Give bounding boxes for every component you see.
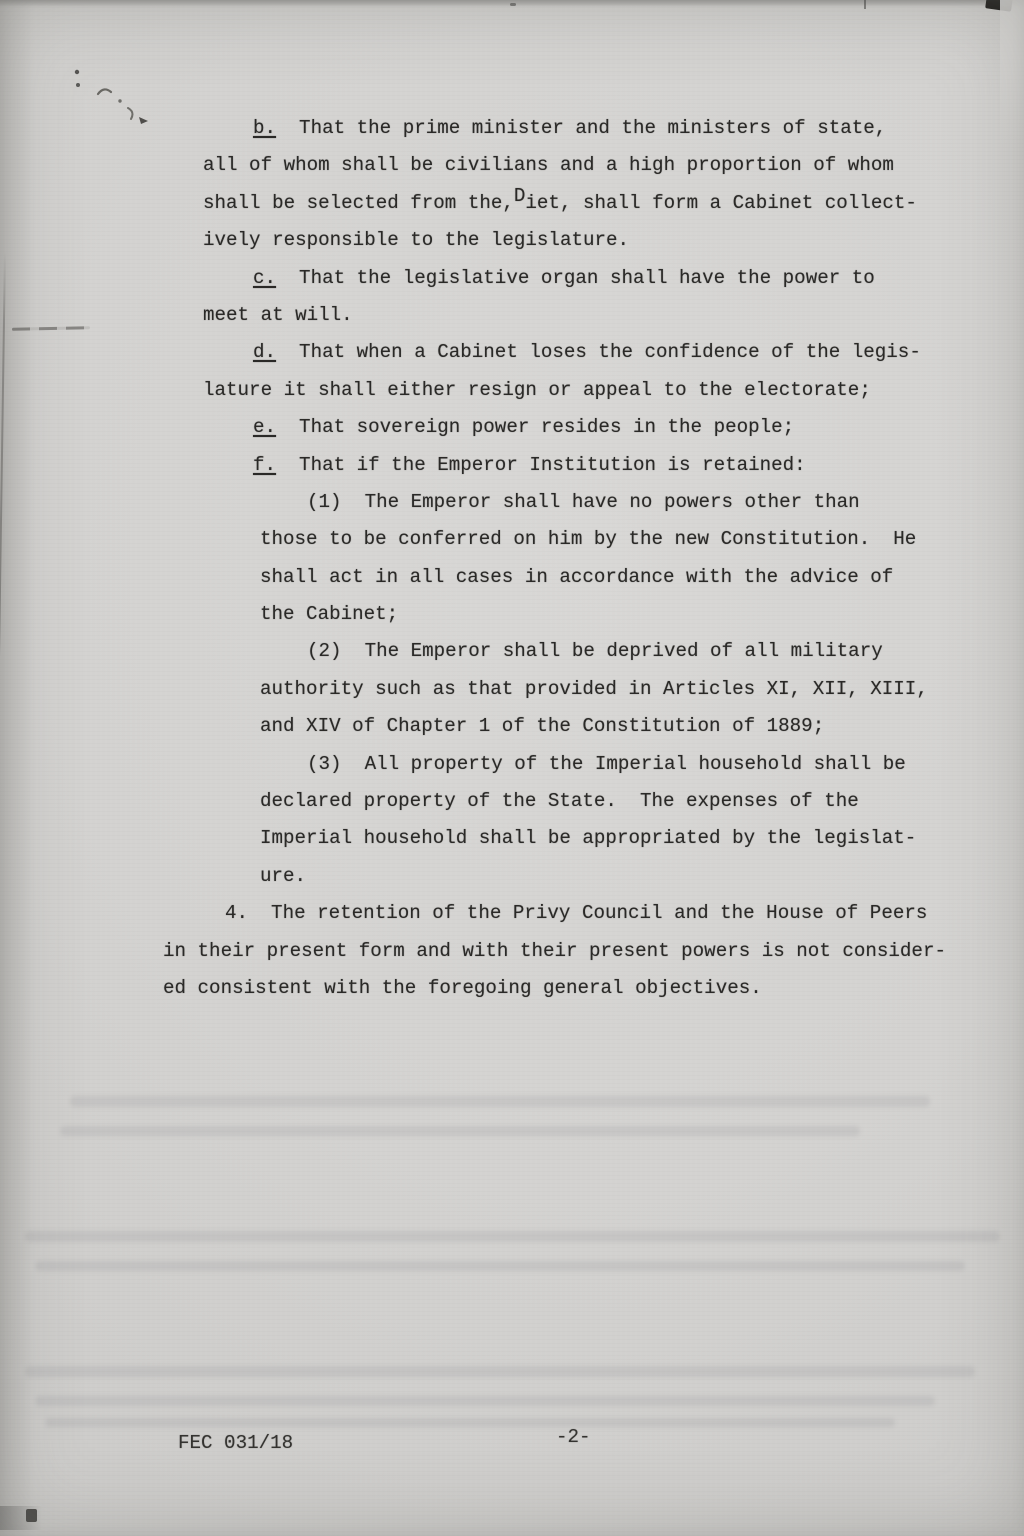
- text-line: meet at will.: [203, 297, 1003, 334]
- paragraph: d. That when a Cabinet loses the confide…: [203, 334, 1003, 409]
- item-label: b.: [253, 117, 276, 139]
- text-line: in their present form and with their pre…: [163, 933, 1003, 970]
- text-line: Imperial household shall be appropriated…: [260, 820, 1003, 857]
- top-edge-tick-mark: [864, 0, 866, 9]
- text-line: c. That the legislative organ shall have…: [203, 260, 1003, 297]
- item-label: d.: [253, 341, 276, 363]
- paragraph: (3) All property of the Imperial househo…: [260, 746, 1003, 896]
- bleed-through-smudge: [35, 1261, 965, 1271]
- item-label: (3): [307, 753, 342, 775]
- item-label: (2): [307, 640, 342, 662]
- top-edge-speck: [510, 3, 516, 6]
- item-label: f.: [253, 454, 276, 476]
- text-line: authority such as that provided in Artic…: [260, 671, 1003, 708]
- paragraph: e. That sovereign power resides in the p…: [203, 409, 1003, 446]
- page-footer: FEC 031/18 -2-: [0, 1424, 1024, 1464]
- paragraph: b. That the prime minister and the minis…: [203, 110, 1003, 260]
- bottom-left-dark-spot: [26, 1509, 37, 1522]
- text-line: shall act in all cases in accordance wit…: [260, 559, 1003, 596]
- paragraph: (2) The Emperor shall be deprived of all…: [260, 633, 1003, 745]
- item-label: (1): [307, 491, 342, 513]
- text-line: the Cabinet;: [260, 596, 1003, 633]
- text-line: d. That when a Cabinet loses the confide…: [203, 334, 1003, 371]
- text-line: those to be conferred on him by the new …: [260, 521, 1003, 558]
- text-line: ure.: [260, 858, 1003, 895]
- page-right-edge: [1000, 0, 1024, 150]
- bleed-through-smudge: [35, 1396, 935, 1406]
- paragraph: f. That if the Emperor Institution is re…: [203, 447, 1003, 484]
- text-line: e. That sovereign power resides in the p…: [203, 409, 1003, 446]
- footer-document-number: FEC 031/18: [178, 1432, 293, 1454]
- fold-crease-line: [0, 252, 6, 1510]
- text-line: shall be selected from the,Diet, shall f…: [203, 185, 1003, 222]
- stray-dash-mark: [12, 326, 90, 331]
- bleed-through-smudge: [60, 1126, 860, 1136]
- scanned-document-page: b. That the prime minister and the minis…: [0, 0, 1024, 1536]
- paragraph: c. That the legislative organ shall have…: [203, 260, 1003, 335]
- text-line: (3) All property of the Imperial househo…: [260, 746, 1003, 783]
- item-label: e.: [253, 416, 276, 438]
- text-line: ed consistent with the foregoing general…: [163, 970, 1003, 1007]
- text-line: f. That if the Emperor Institution is re…: [203, 447, 1003, 484]
- document-body: b. That the prime minister and the minis…: [203, 110, 1003, 1007]
- bleed-through-smudge: [25, 1366, 975, 1377]
- paragraph: (1) The Emperor shall have no powers oth…: [260, 484, 1003, 634]
- text-line: declared property of the State. The expe…: [260, 783, 1003, 820]
- footer-page-number: -2-: [556, 1426, 591, 1448]
- left-edge-shading: [0, 0, 34, 1536]
- text-line: ively responsible to the legislature.: [203, 222, 1003, 259]
- text-line: 4. The retention of the Privy Council an…: [163, 895, 1003, 932]
- text-line: (1) The Emperor shall have no powers oth…: [260, 484, 1003, 521]
- text-line: lature it shall either resign or appeal …: [203, 372, 1003, 409]
- text-line: b. That the prime minister and the minis…: [203, 110, 1003, 147]
- raised-character: D: [514, 185, 526, 207]
- paragraph: 4. The retention of the Privy Council an…: [163, 895, 1003, 1007]
- text-line: and XIV of Chapter 1 of the Constitution…: [260, 708, 1003, 745]
- item-label: 4.: [225, 902, 248, 924]
- bleed-through-smudge: [25, 1231, 1000, 1242]
- bleed-through-smudge: [70, 1096, 930, 1107]
- pen-scratch-marks: [60, 58, 160, 138]
- text-line: (2) The Emperor shall be deprived of all…: [260, 633, 1003, 670]
- text-line: all of whom shall be civilians and a hig…: [203, 147, 1003, 184]
- item-label: c.: [253, 267, 276, 289]
